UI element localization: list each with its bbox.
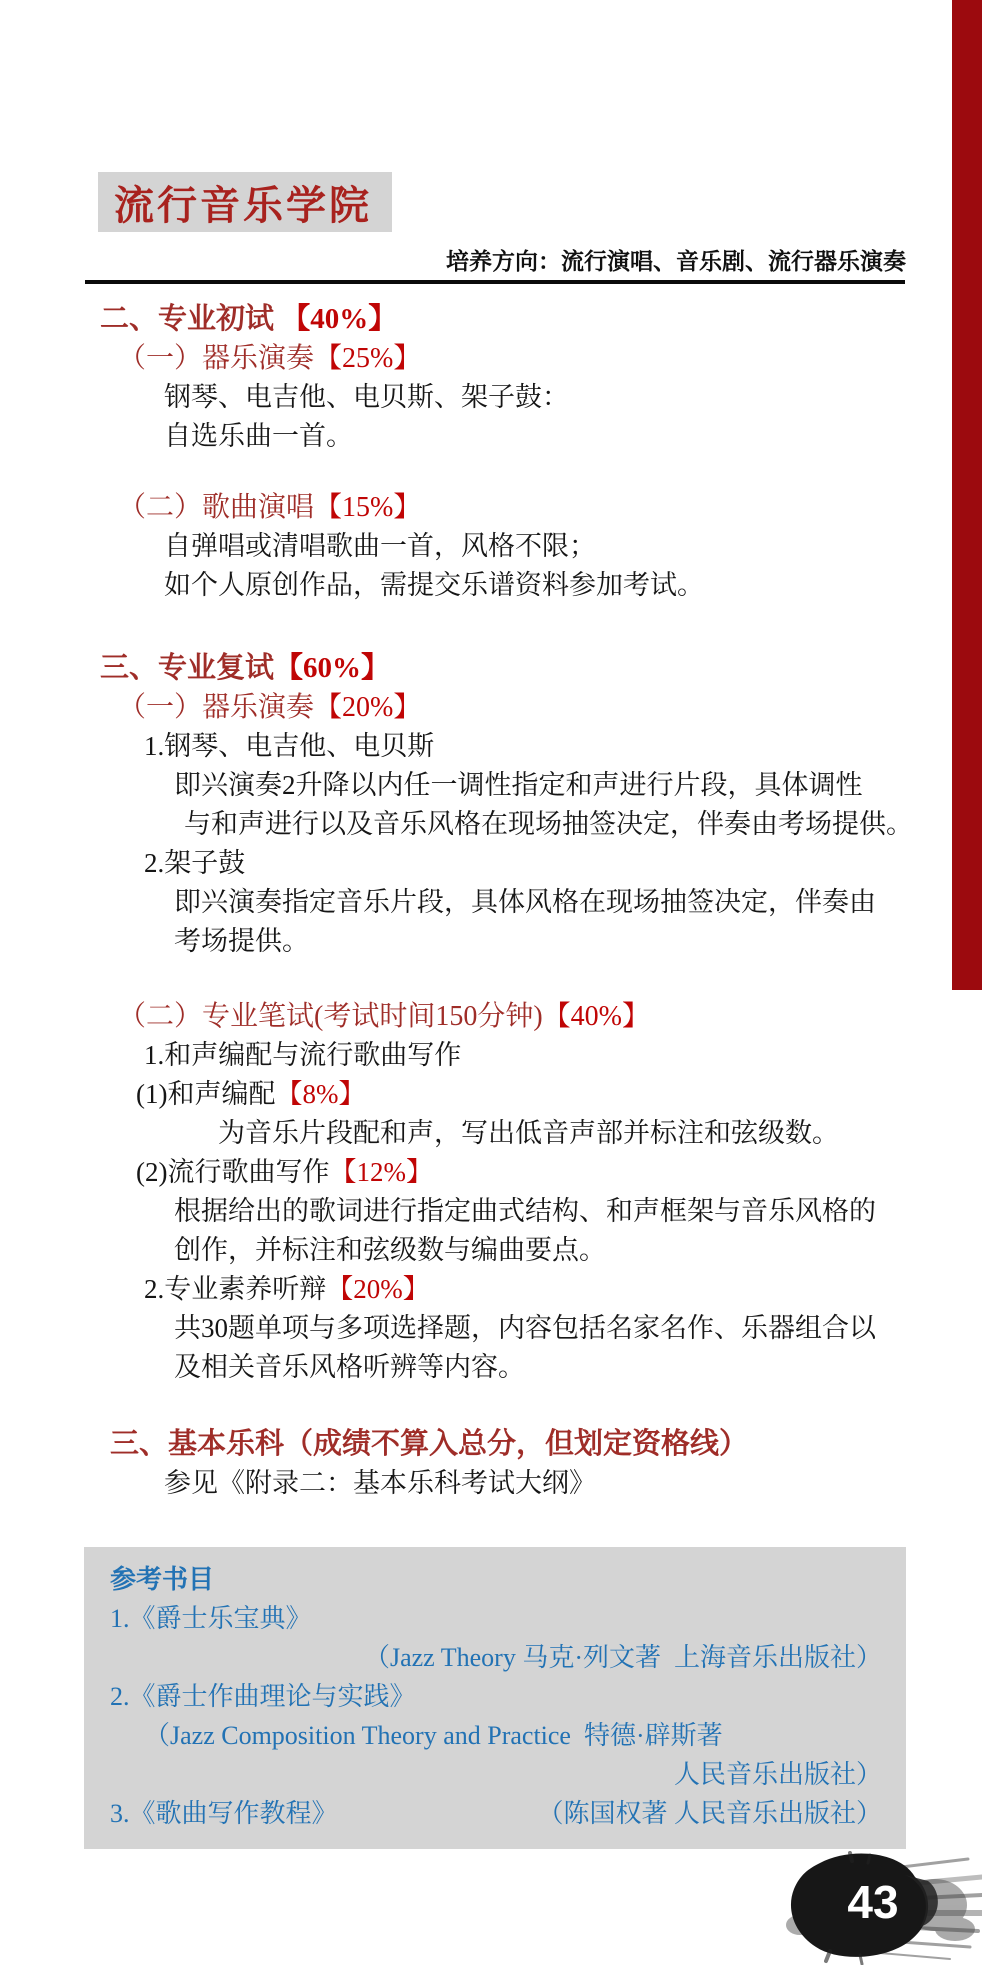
- page-number: 43: [838, 1875, 908, 1929]
- reference-line: （Jazz Theory 马克·列文著 上海音乐出版社）: [110, 1638, 882, 1677]
- text-line: （二）歌曲演唱【15%】: [118, 488, 928, 527]
- text-segment: 参见《附录二：基本乐科考试大纲》: [164, 1468, 596, 1498]
- text-line: 如个人原创作品，需提交乐谱资料参加考试。: [164, 566, 928, 605]
- text-segment: 共30题单项与多项选择题，内容包括名家名作、乐器组合以: [174, 1313, 876, 1343]
- text-segment: 创作，并标注和弦级数与编曲要点。: [174, 1235, 606, 1265]
- text-segment: 即兴演奏2升降以内任一调性指定和声进行片段，具体调性: [174, 770, 863, 800]
- text-segment: 【20%】: [314, 692, 421, 723]
- text-segment: 与和声进行以及音乐风格在现场抽签决定，伴奏由考场提供。: [184, 809, 913, 839]
- text-segment: （一）器乐演奏: [118, 692, 314, 723]
- text-segment: 2.架子鼓: [144, 848, 245, 878]
- text-line: 三、基本乐科（成绩不算入总分，但划定资格线）: [110, 1425, 928, 1464]
- reference-publisher-text: （陈国权著 人民音乐出版社）: [537, 1794, 882, 1833]
- text-segment: 即兴演奏指定音乐片段，具体风格在现场抽签决定，伴奏由: [174, 887, 876, 917]
- text-line: 自选乐曲一首。: [164, 417, 928, 456]
- page-edge-red-bar: [952, 0, 982, 990]
- direction-note: 培养方向：流行演唱、音乐剧、流行器乐演奏: [446, 243, 906, 276]
- text-line: 钢琴、电吉他、电贝斯、架子鼓：: [164, 378, 928, 417]
- text-segment: 三、专业复试: [100, 652, 274, 684]
- text-line: 考场提供。: [174, 922, 928, 961]
- text-line: 与和声进行以及音乐风格在现场抽签决定，伴奏由考场提供。: [184, 805, 928, 844]
- text-segment: 【60%】: [274, 652, 390, 684]
- text-segment: 三、基本乐科（成绩不算入总分，但划定资格线）: [110, 1428, 748, 1460]
- text-segment: 及相关音乐风格听辨等内容。: [174, 1352, 525, 1382]
- text-line: 自弹唱或清唱歌曲一首，风格不限；: [164, 527, 928, 566]
- text-line: 1.和声编配与流行歌曲写作: [144, 1036, 928, 1075]
- reference-list: 1.《爵士乐宝典》（Jazz Theory 马克·列文著 上海音乐出版社）2.《…: [110, 1599, 882, 1833]
- page-number-brush: 43: [700, 1847, 982, 1965]
- text-segment: 【20%】: [326, 1274, 430, 1304]
- reference-line: 1.《爵士乐宝典》: [110, 1599, 882, 1638]
- text-line: 创作，并标注和弦级数与编曲要点。: [174, 1231, 928, 1270]
- text-segment: 1.和声编配与流行歌曲写作: [144, 1040, 461, 1070]
- reference-line: 3.《歌曲写作教程》（陈国权著 人民音乐出版社）: [110, 1794, 882, 1833]
- text-segment: 2.专业素养听辩: [144, 1274, 326, 1304]
- text-line: 共30题单项与多项选择题，内容包括名家名作、乐器组合以: [174, 1309, 928, 1348]
- text-line: (1)和声编配【8%】: [136, 1075, 928, 1114]
- text-segment: 考场提供。: [174, 926, 309, 956]
- text-segment: （二）歌曲演唱: [118, 492, 314, 523]
- text-segment: 【40%】: [281, 303, 397, 335]
- text-line: (2)流行歌曲写作【12%】: [136, 1153, 928, 1192]
- document-body: 二、专业初试 【40%】（一）器乐演奏【25%】钢琴、电吉他、电贝斯、架子鼓：自…: [68, 300, 928, 1503]
- reference-title: 参考书目: [110, 1560, 882, 1599]
- text-segment: 【15%】: [314, 492, 421, 523]
- text-line: 即兴演奏2升降以内任一调性指定和声进行片段，具体调性: [174, 766, 928, 805]
- reference-box: 参考书目 1.《爵士乐宝典》（Jazz Theory 马克·列文著 上海音乐出版…: [84, 1547, 906, 1849]
- text-line: （一）器乐演奏【20%】: [118, 688, 928, 727]
- text-line: 1.钢琴、电吉他、电贝斯: [144, 727, 928, 766]
- document-page: 流行音乐学院 培养方向：流行演唱、音乐剧、流行器乐演奏 二、专业初试 【40%】…: [0, 0, 982, 1965]
- reference-line: 2.《爵士作曲理论与实践》: [110, 1677, 882, 1716]
- text-segment: （二）专业笔试(考试时间150分钟): [118, 1001, 543, 1032]
- text-segment: 1.钢琴、电吉他、电贝斯: [144, 731, 434, 761]
- text-segment: 二、专业初试: [100, 303, 281, 335]
- text-line: 2.架子鼓: [144, 844, 928, 883]
- academy-title: 流行音乐学院: [114, 174, 372, 231]
- text-segment: 为音乐片段配和声，写出低音声部并标注和弦级数。: [218, 1118, 839, 1148]
- spacer: [68, 961, 928, 997]
- text-segment: 自弹唱或清唱歌曲一首，风格不限；: [164, 531, 596, 561]
- text-segment: (2)流行歌曲写作: [136, 1157, 329, 1187]
- text-line: 参见《附录二：基本乐科考试大纲》: [164, 1464, 928, 1503]
- text-segment: （一）器乐演奏: [118, 343, 314, 374]
- text-segment: 【40%】: [543, 1001, 650, 1032]
- spacer: [68, 456, 928, 488]
- text-line: 三、专业复试【60%】: [100, 649, 928, 688]
- text-segment: (1)和声编配: [136, 1079, 275, 1109]
- text-segment: 【12%】: [329, 1157, 433, 1187]
- text-line: 2.专业素养听辩【20%】: [144, 1270, 928, 1309]
- text-segment: 【25%】: [314, 343, 421, 374]
- spacer: [68, 1387, 928, 1425]
- text-line: 根据给出的歌词进行指定曲式结构、和声框架与音乐风格的: [174, 1192, 928, 1231]
- text-segment: 钢琴、电吉他、电贝斯、架子鼓：: [164, 382, 569, 412]
- text-line: 及相关音乐风格听辨等内容。: [174, 1348, 928, 1387]
- text-segment: 【8%】: [275, 1079, 365, 1109]
- spacer: [68, 605, 928, 649]
- text-segment: 自选乐曲一首。: [164, 421, 353, 451]
- reference-line: （Jazz Composition Theory and Practice 特德…: [144, 1716, 882, 1755]
- academy-title-box: 流行音乐学院: [98, 172, 392, 232]
- header-rule: [85, 280, 905, 284]
- text-segment: 根据给出的歌词进行指定曲式结构、和声框架与音乐风格的: [174, 1196, 876, 1226]
- text-line: 二、专业初试 【40%】: [100, 300, 928, 339]
- text-line: （一）器乐演奏【25%】: [118, 339, 928, 378]
- text-line: 为音乐片段配和声，写出低音声部并标注和弦级数。: [218, 1114, 928, 1153]
- text-segment: 如个人原创作品，需提交乐谱资料参加考试。: [164, 570, 704, 600]
- reference-line: 人民音乐出版社）: [110, 1755, 882, 1794]
- reference-title-text: 3.《歌曲写作教程》: [110, 1794, 338, 1833]
- text-line: （二）专业笔试(考试时间150分钟)【40%】: [118, 997, 928, 1036]
- text-line: 即兴演奏指定音乐片段，具体风格在现场抽签决定，伴奏由: [174, 883, 928, 922]
